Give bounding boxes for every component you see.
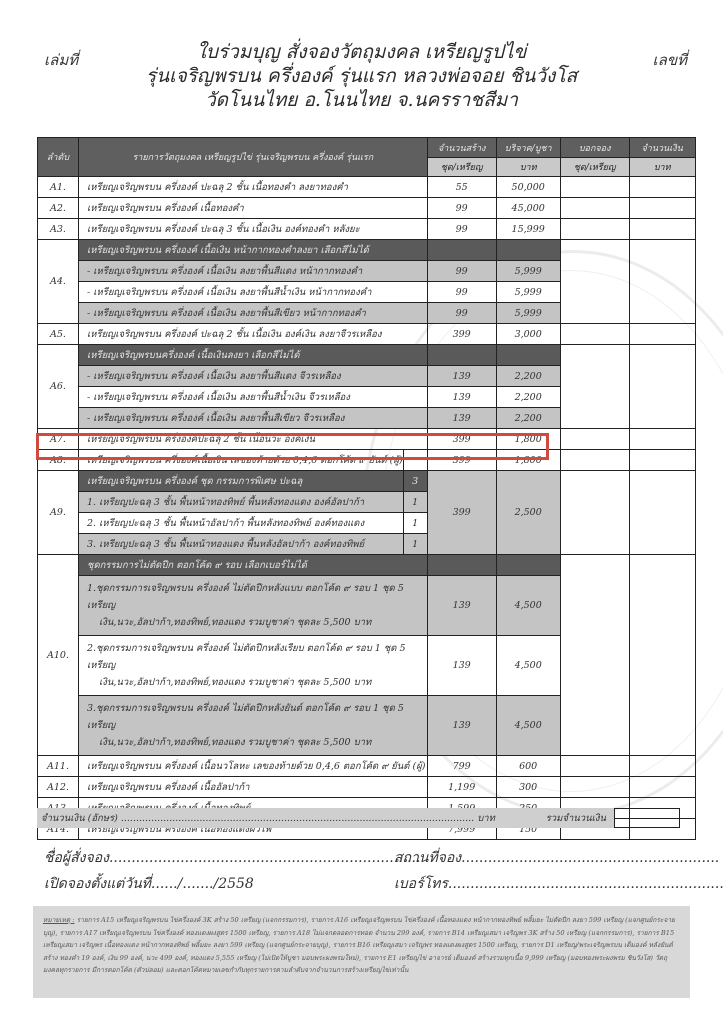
row-code: A3. (38, 219, 79, 240)
row-code: A5. (38, 324, 79, 345)
row-desc: เหรียญเจริญพรบน ครึ่งองค์ เนื้ออัลปาก้า (79, 777, 428, 798)
grand-total-input[interactable] (614, 808, 680, 828)
row-code: A7. (38, 429, 79, 450)
remarks-label: หมายเหตุ : (43, 916, 74, 924)
row-price: 1,800 (496, 450, 560, 471)
header-quantity-unit: ชุด/เหรียญ (427, 158, 496, 177)
remarks-text: รายการ A15 เหรียญเจริญพรบน ไข่ครึ่งองค์ … (43, 916, 675, 974)
sub-desc: 3.ชุดกรรมการเจริญพรบน ครึ่งองค์ ไม่ตัดปี… (79, 696, 428, 756)
row-price: 15,999 (496, 219, 560, 240)
table-row: A1. เหรียญเจริญพรบน ครึ่งองค์ ปะฉลุ 2 ชั… (38, 177, 696, 198)
row-desc: เหรียญเจริญพรบน ครึ่งองค์ปะฉลุ 2 ชั้น เน… (79, 429, 428, 450)
sub-price: 2,200 (496, 387, 560, 408)
document-number-label: เลขที่ (653, 48, 687, 72)
amount-in-words-row: จำนวนเงิน (อักษร) ......................… (37, 808, 614, 828)
title-line-3: วัดโนนไทย อ.โนนไทย จ.นครราชสีมา (110, 88, 613, 112)
sub-desc-line2: เงิน,นวะ,อัลปาก้า,ทองทิพย์,ทองแดง รวมบูช… (87, 614, 419, 631)
reserve-input[interactable] (560, 756, 629, 777)
row-code: A8. (38, 450, 79, 471)
sub-desc: 2.ชุดกรรมการเจริญพรบน ครึ่งองค์ ไม่ตัดปี… (79, 636, 428, 696)
header-reserve: บอกจอง (560, 138, 629, 158)
row-qty: 399 (427, 324, 496, 345)
row-price: 2,500 (496, 471, 560, 555)
row-desc: เหรียญเจริญพรบน ครึ่งองค์ เนื้อทองคำ (79, 198, 428, 219)
table-row-group: A9. เหรียญเจริญพรบน ครึ่งองค์ ชุด กรรมกา… (38, 471, 696, 492)
sub-price: 4,500 (496, 696, 560, 756)
sub-price: 5,999 (496, 261, 560, 282)
sub-qty: 139 (427, 636, 496, 696)
group-title: เหรียญเจริญพรบน ครึ่งองค์ เนื้อเงิน หน้า… (79, 240, 428, 261)
row-qty: 399 (427, 471, 496, 555)
reserve-input[interactable] (560, 177, 629, 198)
sub-qty: 139 (427, 696, 496, 756)
title-line-1: ใบร่วมบุญ สั่งจองวัตถุมงคล เหรียญรูปไข่ (110, 40, 613, 64)
header-total-unit: บาท (629, 158, 695, 177)
sub-qty: 139 (427, 576, 496, 636)
reserve-input[interactable] (560, 219, 629, 240)
sub-qty: 99 (427, 282, 496, 303)
order-place-field[interactable]: สถานที่จอง..............................… (394, 847, 719, 869)
row-code: A2. (38, 198, 79, 219)
sub-price: 2,200 (496, 366, 560, 387)
remarks-box: หมายเหตุ : รายการ A15 เหรียญเจริญพรบน ไข… (33, 906, 690, 998)
table-row-group: A4. เหรียญเจริญพรบน ครึ่งองค์ เนื้อเงิน … (38, 240, 696, 261)
reserve-input[interactable] (560, 429, 629, 450)
sub-qty: 139 (427, 387, 496, 408)
total-input[interactable] (629, 240, 695, 324)
total-input[interactable] (629, 198, 695, 219)
sub-desc-line1: 3.ชุดกรรมการเจริญพรบน ครึ่งองค์ ไม่ตัดปี… (87, 700, 419, 734)
sub-price: 4,500 (496, 636, 560, 696)
row-price: 1,800 (496, 429, 560, 450)
row-qty: 399 (427, 429, 496, 450)
table-row: A5. เหรียญเจริญพรบน ครึ่งองค์ ปะฉลุ 2 ชั… (38, 324, 696, 345)
sub-count: 1 (403, 534, 427, 555)
orderer-name-field[interactable]: ชื่อผู้สั่งจอง..........................… (44, 847, 420, 869)
sub-desc: - เหรียญเจริญพรบน ครึ่งองค์ เนื้อเงิน ลง… (79, 408, 428, 429)
group-title: ชุดกรรมการไม่ตัดปีก ตอกโค้ด ๙ รอบ เลือกเ… (79, 555, 428, 576)
reserve-input[interactable] (560, 777, 629, 798)
row-qty: 1,199 (427, 777, 496, 798)
reserve-input[interactable] (560, 471, 629, 555)
reserve-input[interactable] (560, 450, 629, 471)
header-quantity: จำนวนสร้าง (427, 138, 496, 158)
row-price: 600 (496, 756, 560, 777)
sub-count: 1 (403, 513, 427, 534)
sub-price: 2,200 (496, 408, 560, 429)
sub-desc-line1: 2.ชุดกรรมการเจริญพรบน ครึ่งองค์ ไม่ตัดปี… (87, 640, 419, 674)
table-row-group: A6. เหรียญเจริญพรบนครึ่งองค์ เนื้อเงินลง… (38, 345, 696, 366)
sub-qty: 99 (427, 303, 496, 324)
header-total: จำนวนเงิน (629, 138, 695, 158)
group-title: เหรียญเจริญพรบนครึ่งองค์ เนื้อเงินลงยา เ… (79, 345, 428, 366)
title-line-2: รุ่นเจริญพรบน ครึ่งองค์ รุ่นแรก หลวงพ่อจ… (110, 64, 613, 88)
phone-field[interactable]: เบอร์โทร................................… (394, 873, 723, 895)
sub-qty: 139 (427, 366, 496, 387)
table-row: A8. เหรียญเจริญพรบน ครึ่งองค์เนื้อเงิน เ… (38, 450, 696, 471)
table-row-group: A10. ชุดกรรมการไม่ตัดปีก ตอกโค้ด ๙ รอบ เ… (38, 555, 696, 576)
row-price: 45,000 (496, 198, 560, 219)
sub-desc: 1.ชุดกรรมการเจริญพรบน ครึ่งองค์ ไม่ตัดปี… (79, 576, 428, 636)
total-input[interactable] (629, 450, 695, 471)
total-input[interactable] (629, 555, 695, 756)
row-code: A11. (38, 756, 79, 777)
sub-count: 1 (403, 492, 427, 513)
sub-desc: - เหรียญเจริญพรบน ครึ่งองค์ เนื้อเงิน ลง… (79, 303, 428, 324)
sub-price: 5,999 (496, 282, 560, 303)
total-input[interactable] (629, 429, 695, 450)
row-qty: 99 (427, 198, 496, 219)
header-price: บริจาค/บูชา (496, 138, 560, 158)
row-code: A10. (38, 555, 79, 756)
total-input[interactable] (629, 324, 695, 345)
sub-desc-line2: เงิน,นวะ,อัลปาก้า,ทองทิพย์,ทองแดง รวมบูช… (87, 734, 419, 751)
row-qty: 399 (427, 450, 496, 471)
total-input[interactable] (629, 345, 695, 429)
sub-desc: - เหรียญเจริญพรบน ครึ่งองค์ เนื้อเงิน ลง… (79, 366, 428, 387)
sub-desc-line1: 1.ชุดกรรมการเจริญพรบน ครึ่งองค์ ไม่ตัดปี… (87, 580, 419, 614)
total-input[interactable] (629, 756, 695, 777)
sub-qty: 99 (427, 261, 496, 282)
sub-price: 4,500 (496, 576, 560, 636)
table-row: A3. เหรียญเจริญพรบน ครึ่งองค์ ปะฉลุ 3 ชั… (38, 219, 696, 240)
header-price-unit: บาท (496, 158, 560, 177)
sub-desc: 3. เหรียญปะฉลุ 3 ชั้น พื้นหน้าทองแดง พื้… (79, 534, 404, 555)
form-title: ใบร่วมบุญ สั่งจองวัตถุมงคล เหรียญรูปไข่ … (110, 40, 613, 112)
book-number-label: เล่มที่ (44, 48, 78, 72)
reserve-input[interactable] (560, 324, 629, 345)
group-count: 3 (403, 471, 427, 492)
row-qty: 55 (427, 177, 496, 198)
header-reserve-unit: ชุด/เหรียญ (560, 158, 629, 177)
total-input[interactable] (629, 471, 695, 555)
table-row-highlighted: A7. เหรียญเจริญพรบน ครึ่งองค์ปะฉลุ 2 ชั้… (38, 429, 696, 450)
reserve-input[interactable] (560, 240, 629, 324)
group-title: เหรียญเจริญพรบน ครึ่งองค์ ชุด กรรมการพิเ… (79, 471, 404, 492)
row-desc: เหรียญเจริญพรบน ครึ่งองค์ เนื้อนวโลหะ เล… (79, 756, 428, 777)
row-qty: 799 (427, 756, 496, 777)
total-input[interactable] (629, 177, 695, 198)
sub-desc: - เหรียญเจริญพรบน ครึ่งองค์ เนื้อเงิน ลง… (79, 387, 428, 408)
row-qty: 99 (427, 219, 496, 240)
header-items: รายการวัตถุมงคล เหรียญรูปไข่ รุ่นเจริญพร… (79, 138, 428, 177)
row-desc: เหรียญเจริญพรบน ครึ่งองค์เนื้อเงิน เลของ… (79, 450, 404, 471)
reserve-input[interactable] (560, 198, 629, 219)
row-price: 50,000 (496, 177, 560, 198)
amount-in-words-label: จำนวนเงิน (อักษร) ......................… (41, 811, 495, 826)
row-code: A6. (38, 345, 79, 429)
sub-price: 5,999 (496, 303, 560, 324)
row-code: A1. (38, 177, 79, 198)
row-code: A4. (38, 240, 79, 324)
row-desc: เหรียญเจริญพรบน ครึ่งองค์ ปะฉลุ 2 ชั้น เ… (79, 324, 428, 345)
row-price: 300 (496, 777, 560, 798)
sub-desc: - เหรียญเจริญพรบน ครึ่งองค์ เนื้อเงิน ลง… (79, 261, 428, 282)
sub-desc: - เหรียญเจริญพรบน ครึ่งองค์ เนื้อเงิน ลง… (79, 282, 428, 303)
open-date-field[interactable]: เปิดจองตั้งแต่วันที่....../......./2558 (44, 873, 254, 895)
reserve-input[interactable] (560, 555, 629, 756)
table-row: A11. เหรียญเจริญพรบน ครึ่งองค์ เนื้อนวโล… (38, 756, 696, 777)
total-input[interactable] (629, 219, 695, 240)
reserve-input[interactable] (560, 345, 629, 429)
grand-total-label: รวมจำนวนเงิน (546, 811, 606, 826)
total-input[interactable] (629, 777, 695, 798)
table-row: A12. เหรียญเจริญพรบน ครึ่งองค์ เนื้ออัลป… (38, 777, 696, 798)
sub-desc: 2. เหรียญปะฉลุ 3 ชั้น พื้นหน้าอัลปาก้า พ… (79, 513, 404, 534)
row-code: A9. (38, 471, 79, 555)
header-order: ลำดับ (38, 138, 79, 177)
order-table: ลำดับ รายการวัตถุมงคล เหรียญรูปไข่ รุ่นเ… (37, 137, 696, 840)
row-desc: เหรียญเจริญพรบน ครึ่งองค์ ปะฉลุ 2 ชั้น เ… (79, 177, 428, 198)
row-price: 3,000 (496, 324, 560, 345)
row-desc: เหรียญเจริญพรบน ครึ่งองค์ ปะฉลุ 3 ชั้น เ… (79, 219, 428, 240)
sub-desc-line2: เงิน,นวะ,อัลปาก้า,ทองทิพย์,ทองแดง รวมบูช… (87, 674, 419, 691)
sub-desc: 1. เหรียญปะฉลุ 3 ชั้น พื้นหน้าทองทิพย์ พ… (79, 492, 404, 513)
row-code: A12. (38, 777, 79, 798)
table-row: A2. เหรียญเจริญพรบน ครึ่งองค์ เนื้อทองคำ… (38, 198, 696, 219)
sub-qty: 139 (427, 408, 496, 429)
